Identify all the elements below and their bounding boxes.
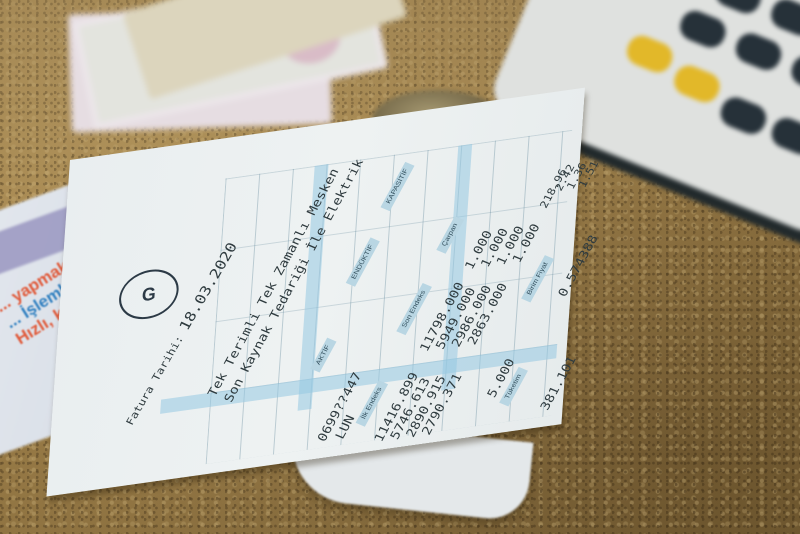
calculator-key	[676, 7, 730, 52]
utility-logo-icon: G	[117, 266, 180, 323]
calculator-key	[767, 114, 800, 159]
calculator-key-yellow	[623, 32, 677, 77]
calculator-key	[716, 93, 770, 138]
calculator-key-yellow	[670, 61, 724, 106]
calculator-key	[711, 0, 765, 17]
calculator-key	[767, 0, 800, 40]
banknotes	[70, 0, 410, 135]
photo-scene: ... yapmak ... İşlemler Hızlı, kolay, gü…	[0, 0, 800, 534]
calculator-key	[732, 29, 786, 74]
calculator-key	[787, 52, 800, 97]
